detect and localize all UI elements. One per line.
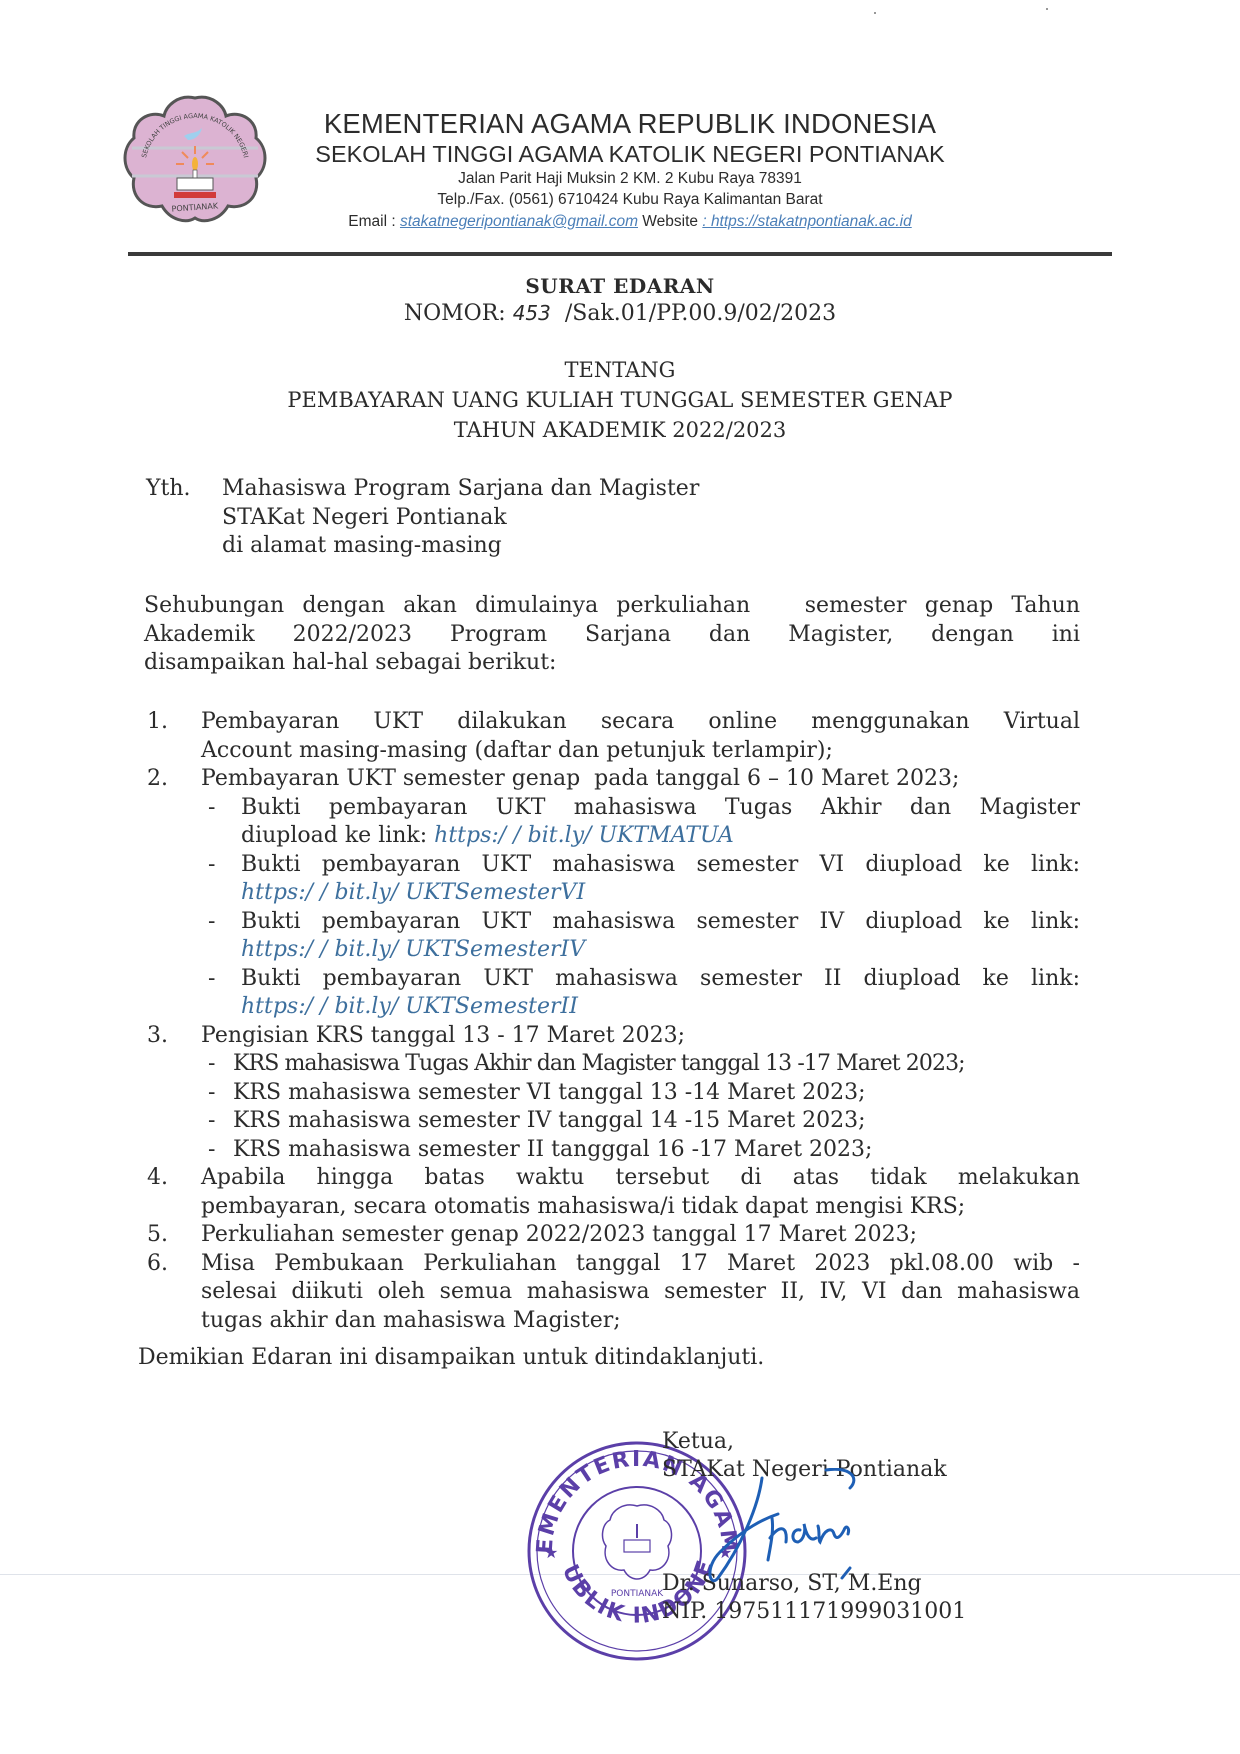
institution-logo-icon: PONTIANAK SEKOLAH TINGGI AGAMA KATOLIK N… — [120, 92, 270, 227]
institution-phone: Telp./Fax. (0561) 6710424 Kubu Raya Kali… — [280, 189, 980, 210]
recipient-block: Mahasiswa Program Sarjana dan Magister S… — [222, 475, 699, 561]
item-number: 5. — [147, 1221, 168, 1250]
sub-item-text: KRS mahasiswa semester IV tanggal 14 -15… — [233, 1108, 866, 1133]
document-page: PONTIANAK SEKOLAH TINGGI AGAMA KATOLIK N… — [0, 0, 1240, 1754]
subject-line-1: PEMBAYARAN UANG KULIAH TUNGGAL SEMESTER … — [0, 388, 1240, 412]
sub-item: - Bukti pembayaran UKT mahasiswa Tugas A… — [201, 794, 1080, 851]
recipient-line: STAKat Negeri Pontianak — [222, 504, 699, 533]
email-link[interactable]: stakatnegeripontianak@gmail.com — [400, 213, 638, 230]
upload-link[interactable]: https:/ / bit.ly/ UKTSemesterVI — [241, 880, 585, 905]
dash-bullet: - — [208, 1050, 215, 1079]
sub-item-text: Bukti pembayaran UKT mahasiswa semester … — [241, 908, 1080, 937]
sub-item: -KRS mahasiswa semester VI tanggal 13 -1… — [201, 1079, 1080, 1108]
document-number: NOMOR: 453 /Sak.01/PP.00.9/02/2023 — [0, 301, 1240, 326]
item-number: 4. — [147, 1164, 168, 1193]
handwritten-number: 453 — [513, 301, 551, 325]
sub-item: - Bukti pembayaran UKT mahasiswa semeste… — [201, 851, 1080, 908]
dash-bullet: - — [208, 794, 215, 823]
document-title: SURAT EDARAN — [0, 274, 1240, 298]
list-item-2: 2. Pembayaran UKT semester genap pada ta… — [144, 765, 1080, 1022]
upload-link[interactable]: https:/ / bit.ly/ UKTSemesterII — [241, 994, 578, 1019]
item-number: 3. — [147, 1022, 168, 1051]
website-label: Website — [638, 213, 702, 230]
contact-line: Email : stakatnegeripontianak@gmail.com … — [280, 210, 980, 233]
sub-item: -KRS mahasiswa semester II tangggal 16 -… — [201, 1136, 1080, 1165]
list-item-4: 4. Apabila hingga batas waktu tersebut d… — [144, 1164, 1080, 1221]
about-label: TENTANG — [0, 358, 1240, 382]
scan-speck — [1046, 8, 1048, 10]
handwritten-signature-icon — [700, 1468, 920, 1598]
item-text: Pembayaran UKT dilakukan secara online m… — [201, 708, 1080, 737]
item-text: Perkuliahan semester genap 2022/2023 tan… — [201, 1221, 1080, 1250]
intro-line: disampaikan hal-hal sebagai berikut: — [144, 649, 1080, 678]
svg-text:PONTIANAK: PONTIANAK — [611, 1589, 664, 1599]
sub-item-text: KRS mahasiswa Tugas Akhir dan Magister t… — [233, 1051, 965, 1076]
list-item-6: 6. Misa Pembukaan Perkuliahan tanggal 17… — [144, 1250, 1080, 1336]
email-label: Email : — [348, 213, 400, 230]
intro-line: Sehubungan dengan akan dimulainya perkul… — [144, 592, 1080, 621]
list-item-1: 1. Pembayaran UKT dilakukan secara onlin… — [144, 708, 1080, 765]
intro-paragraph: Sehubungan dengan akan dimulainya perkul… — [144, 592, 1080, 678]
recipient-line: di alamat masing-masing — [222, 532, 699, 561]
letterhead-divider — [128, 252, 1112, 256]
letterhead: KEMENTERIAN AGAMA REPUBLIK INDONESIA SEK… — [280, 108, 980, 233]
dash-bullet: - — [208, 1079, 215, 1108]
signatory-position: Ketua, — [662, 1428, 966, 1456]
item-text: selesai diikuti oleh semua mahasiswa sem… — [201, 1278, 1080, 1307]
item-text: tugas akhir dan mahasiswa Magister; — [201, 1307, 1080, 1336]
upload-link[interactable]: https:/ / bit.ly/ UKTSemesterIV — [241, 937, 585, 962]
item-number: 2. — [147, 765, 168, 794]
sub-item: -KRS mahasiswa Tugas Akhir dan Magister … — [201, 1050, 1080, 1079]
item-text: Account masing-masing (daftar dan petunj… — [201, 737, 1080, 766]
sub-item-text: diupload ke link: — [241, 823, 434, 848]
sub-item-text: KRS mahasiswa semester VI tanggal 13 -14… — [233, 1080, 866, 1105]
number-code: /Sak.01/PP.00.9/02/2023 — [551, 301, 836, 326]
dash-bullet: - — [208, 965, 215, 994]
scan-speck — [874, 12, 876, 14]
sub-item-text: Bukti pembayaran UKT mahasiswa semester … — [241, 851, 1080, 880]
signatory-nip: NIP. 197511171999031001 — [662, 1598, 966, 1626]
svg-text:★: ★ — [544, 1545, 558, 1562]
item-number: 1. — [147, 708, 168, 737]
sub-item: -KRS mahasiswa semester IV tanggal 14 -1… — [201, 1107, 1080, 1136]
recipient-label: Yth. — [146, 475, 191, 504]
intro-line: Akademik 2022/2023 Program Sarjana dan M… — [144, 621, 1080, 650]
institution-address: Jalan Parit Haji Muksin 2 KM. 2 Kubu Ray… — [280, 168, 980, 189]
ministry-name: KEMENTERIAN AGAMA REPUBLIK INDONESIA — [280, 108, 980, 140]
item-text: Pengisian KRS tanggal 13 - 17 Maret 2023… — [201, 1022, 1080, 1051]
numbered-list: 1. Pembayaran UKT dilakukan secara onlin… — [144, 708, 1080, 1335]
item-text: pembayaran, secara otomatis mahasiswa/i … — [201, 1193, 1080, 1222]
item-number: 6. — [147, 1250, 168, 1279]
item-text: Pembayaran UKT semester genap pada tangg… — [201, 765, 1080, 794]
item-text: Apabila hingga batas waktu tersebut di a… — [201, 1164, 1080, 1193]
institution-name: SEKOLAH TINGGI AGAMA KATOLIK NEGERI PONT… — [280, 140, 980, 168]
sub-item-text: Bukti pembayaran UKT mahasiswa semester … — [241, 965, 1080, 994]
list-item-5: 5. Perkuliahan semester genap 2022/2023 … — [144, 1221, 1080, 1250]
sub-item: - Bukti pembayaran UKT mahasiswa semeste… — [201, 965, 1080, 1022]
upload-link[interactable]: https:/ / bit.ly/ UKTMATUA — [434, 823, 734, 848]
subject-line-2: TAHUN AKADEMIK 2022/2023 — [0, 418, 1240, 442]
dash-bullet: - — [208, 851, 215, 880]
dash-bullet: - — [208, 908, 215, 937]
number-label: NOMOR: — [404, 301, 513, 326]
dash-bullet: - — [208, 1136, 215, 1165]
dash-bullet: - — [208, 1107, 215, 1136]
website-link[interactable]: : https://stakatnpontianak.ac.id — [702, 213, 911, 230]
sub-item: - Bukti pembayaran UKT mahasiswa semeste… — [201, 908, 1080, 965]
item-text: Misa Pembukaan Perkuliahan tanggal 17 Ma… — [201, 1250, 1080, 1279]
closing-statement: Demikian Edaran ini disampaikan untuk di… — [138, 1344, 764, 1373]
list-item-3: 3. Pengisian KRS tanggal 13 - 17 Maret 2… — [144, 1022, 1080, 1165]
sub-item-text: KRS mahasiswa semester II tangggal 16 -1… — [233, 1137, 872, 1162]
recipient-line: Mahasiswa Program Sarjana dan Magister — [222, 475, 699, 504]
sub-item-text: Bukti pembayaran UKT mahasiswa Tugas Akh… — [241, 794, 1080, 823]
